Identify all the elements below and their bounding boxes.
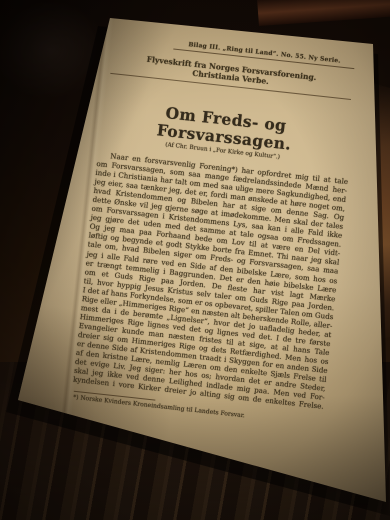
pamphlet-content: Bilag III. „Ring til Land“. No. 55. Ny S… xyxy=(65,30,364,429)
body-text: Naar en forsvarsvenlig Forening*) har op… xyxy=(73,150,349,411)
photo-of-pamphlet: Bilag III. „Ring til Land“. No. 55. Ny S… xyxy=(0,0,390,520)
